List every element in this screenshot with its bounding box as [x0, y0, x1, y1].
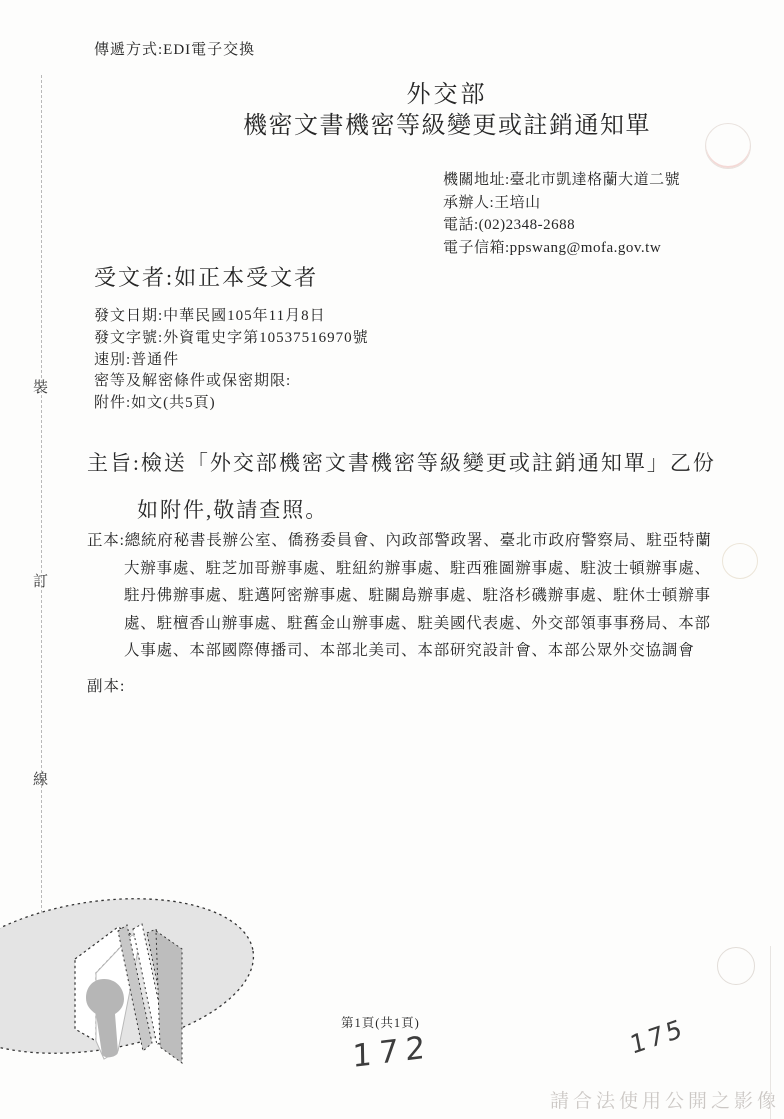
subject-block: 主旨:檢送「外交部機密文書機密等級變更或註銷通知單」乙份 如附件,敬請查照。 — [87, 447, 716, 524]
handwritten-number-left: 172 — [352, 1029, 432, 1075]
archives-book-stamp-logo — [0, 891, 262, 1093]
security-classification: 密等及解密條件或保密期限: — [94, 371, 369, 393]
original-recipients-line: 處、駐檀香山辦事處、駐舊金山辦事處、駐美國代表處、外交部領事事務局、本部 — [87, 610, 712, 638]
binding-char-ding: 訂 — [33, 570, 48, 591]
original-recipients-block: 正本:總統府秘書長辦公室、僑務委員會、內政部警政署、臺北市政府警察局、駐亞特蘭 … — [87, 527, 712, 665]
original-recipients-line: 正本:總統府秘書長辦公室、僑務委員會、內政部警政署、臺北市政府警察局、駐亞特蘭 — [87, 527, 712, 555]
doc-number: 發文字號:外資電史字第10537516970號 — [94, 328, 369, 350]
title-document-type: 機密文書機密等級變更或註銷通知單 — [110, 111, 784, 142]
stain-ring-middle — [722, 543, 758, 579]
document-meta-block: 發文日期:中華民國105年11月8日 發文字號:外資電史字第1053751697… — [94, 306, 369, 415]
contact-officer: 承辦人:王培山 — [443, 192, 680, 215]
document-title: 外交部 機密文書機密等級變更或註銷通知單 — [110, 80, 784, 142]
subject-line-1: 主旨:檢送「外交部機密文書機密等級變更或註銷通知單」乙份 — [87, 447, 716, 477]
transmission-method: 傳遞方式:EDI電子交換 — [94, 38, 255, 59]
stain-ring-bottom — [717, 947, 755, 985]
page-number-info: 第1頁(共1頁) — [341, 1013, 420, 1031]
handwritten-number-right: 175 — [628, 1013, 687, 1060]
scanned-official-document: 裝 訂 線 傳遞方式:EDI電子交換 外交部 機密文書機密等級變更或註銷通知單 … — [0, 0, 784, 1119]
contact-email: 電子信箱:ppswang@mofa.gov.tw — [443, 237, 680, 260]
scan-edge-line — [770, 946, 771, 1119]
contact-phone: 電話:(02)2348-2688 — [443, 214, 680, 237]
original-recipients-line: 人事處、本部國際傳播司、本部北美司、本部研究設計會、本部公眾外交協調會 — [87, 637, 712, 665]
binding-char-xian: 線 — [33, 768, 48, 789]
priority-level: 速別:普通件 — [94, 350, 369, 372]
original-recipients-line: 大辦事處、駐芝加哥辦事處、駐紐約辦事處、駐西雅圖辦事處、駐波士頓辦事處、 — [87, 555, 712, 583]
title-agency: 外交部 — [110, 80, 784, 111]
original-recipients-line: 駐丹佛辦事處、駐邁阿密辦事處、駐關島辦事處、駐洛杉磯辦事處、駐休士頓辦事 — [87, 582, 712, 610]
contact-block: 機關地址:臺北市凱達格蘭大道二號 承辦人:王培山 電話:(02)2348-268… — [443, 169, 680, 259]
agency-address: 機關地址:臺北市凱達格蘭大道二號 — [443, 169, 680, 192]
issue-date: 發文日期:中華民國105年11月8日 — [94, 306, 369, 328]
stain-ring-top — [705, 123, 751, 169]
cc-label: 副本: — [87, 674, 125, 696]
recipient-line: 受文者:如正本受文者 — [94, 261, 318, 292]
attachment-note: 附件:如文(共5頁) — [94, 393, 369, 415]
binding-char-zhuang: 裝 — [33, 376, 48, 397]
subject-line-2: 如附件,敬請查照。 — [87, 494, 716, 524]
usage-watermark: 請合法使用公開之影像 — [550, 1086, 780, 1113]
